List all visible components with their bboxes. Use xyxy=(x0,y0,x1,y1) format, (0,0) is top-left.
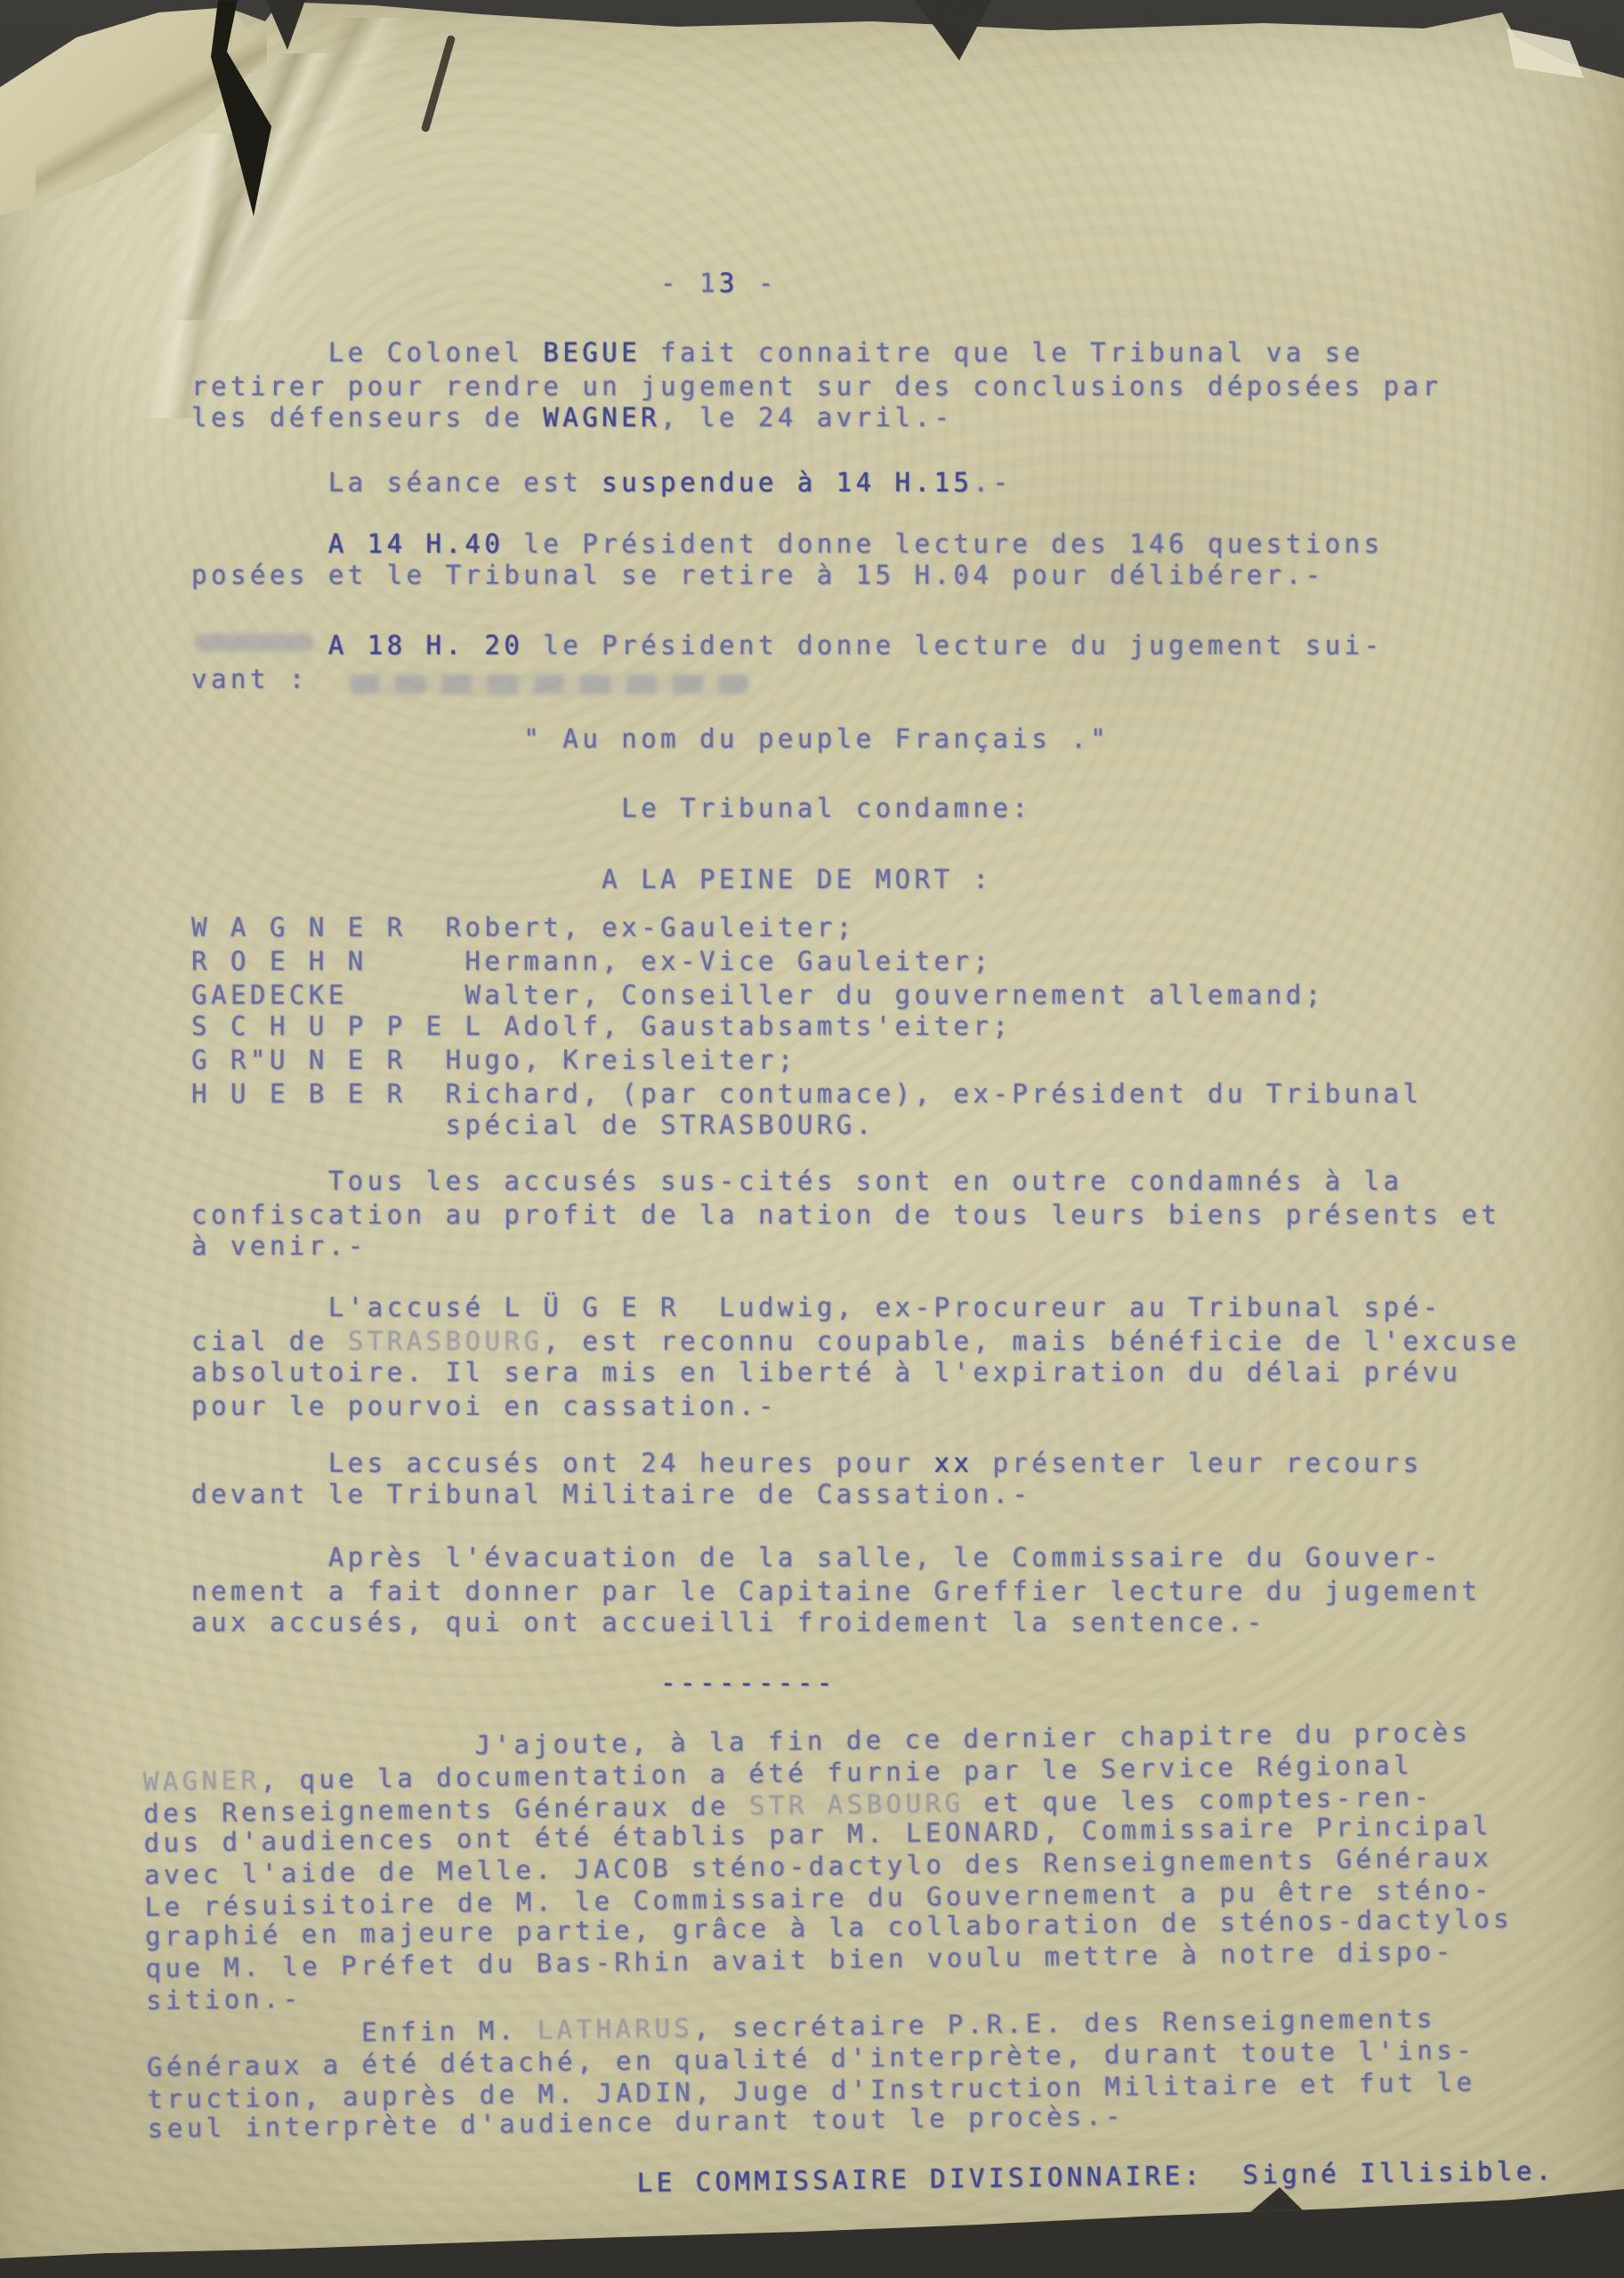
text-line: A 18 H. 20 le Président donne lecture du… xyxy=(191,629,1597,662)
text-segment: L'accusé L Ü G E R Ludwig, ex-Procureur … xyxy=(191,1292,1442,1322)
text-line: cial de STRASBOURG, est reconnu coupable… xyxy=(191,1325,1597,1358)
text-segment: confiscation au profit de la nation de t… xyxy=(191,1200,1500,1230)
text-line: A 14 H.40 le Président donne lecture des… xyxy=(191,528,1597,561)
text-line: " Au nom du peuple Français ." xyxy=(191,723,1597,755)
text-segment: .- xyxy=(973,467,1012,497)
text-line: posées et le Tribunal se retire à 15 H.0… xyxy=(191,559,1597,592)
text-segment: Enfin M. xyxy=(146,2015,537,2050)
text-segment: cial de xyxy=(191,1326,348,1356)
text-line: vant : xyxy=(191,663,1597,696)
text-segment: spécial de STRASBOURG. xyxy=(191,1110,876,1140)
text-line: Après l'évacuation de la salle, le Commi… xyxy=(191,1541,1597,1574)
text-segment: Signé Illisible. xyxy=(1242,2155,1555,2190)
text-segment xyxy=(191,529,328,559)
text-segment: GAEDECKE Walter, Conseiller du gouvernem… xyxy=(191,980,1325,1010)
text-segment: Les accusés ont 24 heures pour xyxy=(191,1448,933,1478)
text-segment: vant : xyxy=(191,664,309,694)
text-line: L'accusé L Ü G E R Ludwig, ex-Procureur … xyxy=(191,1291,1597,1324)
text-segment: A 14 H.40 xyxy=(328,529,505,559)
text-segment: - 1 xyxy=(191,268,719,298)
text-segment: fait connaitre que le Tribunal va se xyxy=(641,337,1364,368)
text-segment: La séance est xyxy=(191,467,602,497)
text-segment: 3 xyxy=(719,268,739,298)
text-line: Tous les accusés sus-cités sont en outre… xyxy=(191,1165,1597,1198)
text-line: absolutoire. Il sera mis en liberté à l'… xyxy=(191,1356,1597,1389)
text-segment: Tous les accusés sus-cités sont en outre… xyxy=(191,1166,1403,1196)
text-line: La séance est suspendue à 14 H.15.- xyxy=(191,466,1597,499)
typewritten-text-upper: - 13 - Le Colonel BEGUE fait connaitre q… xyxy=(191,268,1597,1700)
text-segment: suspendue à 14 H.15 xyxy=(602,467,973,497)
text-line: Le Tribunal condamne: xyxy=(191,792,1597,825)
text-segment: , le 24 avril.- xyxy=(660,402,953,432)
text-segment: S C H U P P E L Adolf, Gaustabsamts'eite… xyxy=(191,1011,1012,1041)
text-segment: A LA PEINE DE MORT : xyxy=(191,864,992,894)
text-segment: G R"U N E R Hugo, Kreisleiter; xyxy=(191,1045,797,1075)
text-line: Le Colonel BEGUE fait connaitre que le T… xyxy=(191,336,1597,369)
text-segment: le Président donne lecture des 146 quest… xyxy=(504,529,1383,559)
text-segment: W A G N E R Robert, ex-Gauleiter; xyxy=(191,912,856,942)
text-line: R O E H N Hermann, ex-Vice Gauleiter; xyxy=(191,945,1597,978)
text-line: spécial de STRASBOURG. xyxy=(191,1109,1597,1142)
text-line: W A G N E R Robert, ex-Gauleiter; xyxy=(191,911,1597,944)
text-segment: Le Tribunal condamne: xyxy=(191,793,1031,823)
separator-dashes: --------- xyxy=(191,1667,1597,1700)
text-line: H U E B E R Richard, (par contumace), ex… xyxy=(191,1078,1597,1111)
text-segment: le Président donne lecture du jugement s… xyxy=(523,630,1383,660)
document-page: - 13 - Le Colonel BEGUE fait connaitre q… xyxy=(0,0,1624,2278)
text-segment: xx xyxy=(933,1448,973,1478)
text-segment xyxy=(191,630,328,660)
text-segment: pour le pourvoi en cassation.- xyxy=(191,1391,778,1421)
text-segment: " Au nom du peuple Français ." xyxy=(191,723,1110,754)
text-line: G R"U N E R Hugo, Kreisleiter; xyxy=(191,1044,1597,1077)
text-segment: STR ASBOURG xyxy=(749,1788,965,1821)
text-segment: retirer pour rendre un jugement sur des … xyxy=(191,371,1442,401)
text-segment: posées et le Tribunal se retire à 15 H.0… xyxy=(191,560,1325,590)
text-segment: R O E H N Hermann, ex-Vice Gauleiter; xyxy=(191,946,992,976)
text-line: les défenseurs de WAGNER, le 24 avril.- xyxy=(191,401,1597,434)
text-segment: BEGUE xyxy=(543,337,641,368)
text-line: pour le pourvoi en cassation.- xyxy=(191,1390,1597,1423)
text-line: à venir.- xyxy=(191,1230,1597,1263)
text-segment: sition.- xyxy=(146,1983,303,2015)
text-segment: WAGNER xyxy=(543,402,660,432)
text-line: Les accusés ont 24 heures pour xx présen… xyxy=(191,1447,1597,1480)
text-segment: les défenseurs de xyxy=(191,402,543,432)
text-line: retirer pour rendre un jugement sur des … xyxy=(191,370,1597,403)
page-number: - 13 - xyxy=(191,267,1597,300)
typewritten-text-lower: J'ajoute, à la fin de ce dernier chapitr… xyxy=(142,1716,1624,2205)
text-segment: - xyxy=(739,268,778,298)
text-line: confiscation au profit de la nation de t… xyxy=(191,1199,1597,1232)
text-segment: STRASBOURG xyxy=(348,1326,544,1356)
text-line: S C H U P P E L Adolf, Gaustabsamts'eite… xyxy=(191,1010,1597,1043)
text-segment: Après l'évacuation de la salle, le Commi… xyxy=(191,1542,1442,1572)
text-line: aux accusés, qui ont accueilli froidemen… xyxy=(191,1606,1597,1639)
text-line: GAEDECKE Walter, Conseiller du gouvernem… xyxy=(191,979,1597,1012)
text-segment: nement a fait donner par le Capitaine Gr… xyxy=(191,1576,1481,1606)
text-line: devant le Tribunal Militaire de Cassatio… xyxy=(191,1478,1597,1511)
text-segment: à venir.- xyxy=(191,1231,368,1261)
text-line: A LA PEINE DE MORT : xyxy=(191,863,1597,896)
text-segment: aux accusés, qui ont accueilli froidemen… xyxy=(191,1607,1266,1637)
text-segment: WAGNER xyxy=(142,1765,260,1797)
text-segment: présenter leur recours xyxy=(973,1448,1422,1478)
text-segment: Le Colonel xyxy=(191,337,543,368)
text-segment: --------- xyxy=(191,1668,836,1698)
photo-background: - 13 - Le Colonel BEGUE fait connaitre q… xyxy=(0,0,1624,2278)
text-segment: A 18 H. 20 xyxy=(328,630,524,660)
text-segment: absolutoire. Il sera mis en liberté à l'… xyxy=(191,1357,1461,1387)
text-segment: LATHARUS xyxy=(537,2013,693,2045)
text-segment: H U E B E R Richard, (par contumace), ex… xyxy=(191,1078,1422,1109)
text-segment: devant le Tribunal Militaire de Cassatio… xyxy=(191,1479,1031,1509)
text-line: nement a fait donner par le Capitaine Gr… xyxy=(191,1575,1597,1608)
text-segment: , est reconnu coupable, mais bénéficie d… xyxy=(543,1326,1520,1356)
